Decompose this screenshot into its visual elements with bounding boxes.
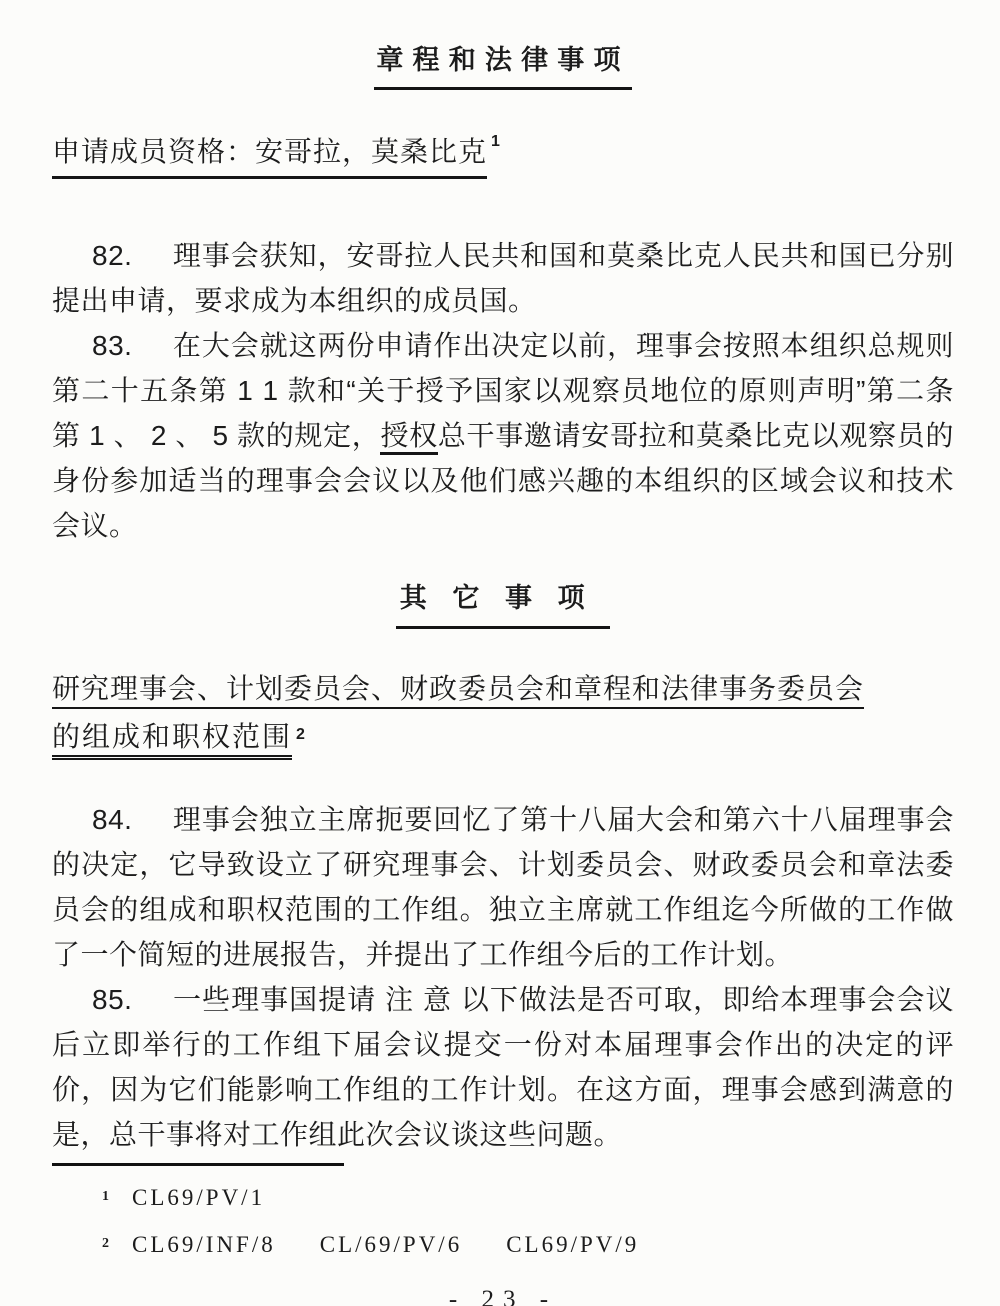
footnote-2-reference-1: CL69/INF/8 [132,1232,276,1257]
subheading-line-1-row: 研究理事会、计划委员会、财政委员会和章程和法律事务委员会 [52,665,954,713]
subheading-line-2: 的组成和职权范围 [52,721,292,760]
paragraph-84-number: 84. [92,804,132,835]
page-number: - 23 - [52,1286,954,1306]
other-matters-title-block: 其它事项 [52,548,954,629]
footnote-ref-2: 2 [296,726,305,743]
paragraph-85: 85.一些理事国提请 注 意 以下做法是否可取，即给本理事会会议后立即举行的工作… [52,977,954,1157]
membership-section-heading: 申请成员资格：安哥拉，莫桑比克1 [52,134,954,179]
paragraph-83-number: 83. [92,330,132,361]
other-matters-title: 其它事项 [396,582,611,629]
paragraph-82-number: 82. [92,240,132,271]
footnote-ref-1: 1 [491,133,500,150]
footnote-separator-rule [52,1163,344,1166]
title-block: 章程和法律事项 [52,0,954,90]
paragraph-85-number: 85. [92,984,132,1015]
paragraph-82-text: 理事会获知，安哥拉人民共和国和莫桑比克人民共和国已分别提出申请，要求成为本组织的… [52,240,954,316]
footnote-1-marker: 1 [102,1182,132,1212]
document-page: 章程和法律事项 申请成员资格：安哥拉，莫桑比克1 82.理事会获知，安哥拉人民共… [0,0,1000,1306]
paragraph-83: 83.在大会就这两份申请作出决定以前，理事会按照本组织总规则第二十五条第 1 1… [52,323,954,548]
footnote-2: 2CL69/INF/8CL/69/PV/6CL69/PV/9 [52,1230,954,1260]
footnote-2-reference-3: CL69/PV/9 [506,1232,639,1257]
membership-heading-text: 申请成员资格：安哥拉，莫桑比克 [52,134,487,179]
footnote-1-reference: CL69/PV/1 [132,1185,265,1210]
subheading-line-2-row: 的组成和职权范围2 [52,713,954,761]
paragraph-84-text: 理事会独立主席扼要回忆了第十八届大会和第六十八届理事会的决定，它导致设立了研究理… [52,804,954,970]
paragraph-83-emphasized-text: 授权 [380,420,437,455]
paragraph-84: 84.理事会独立主席扼要回忆了第十八届大会和第六十八届理事会的决定，它导致设立了… [52,797,954,977]
subheading-line-1: 研究理事会、计划委员会、财政委员会和章程和法律事务委员会 [52,673,864,709]
page-title: 章程和法律事项 [374,44,631,90]
footnote-2-marker: 2 [102,1229,132,1259]
footnote-1: 1CL69/PV/1 [52,1183,954,1213]
working-party-subheading: 研究理事会、计划委员会、财政委员会和章程和法律事务委员会 的组成和职权范围2 [52,665,954,761]
footnote-2-reference-2: CL/69/PV/6 [320,1232,462,1257]
paragraph-82: 82.理事会获知，安哥拉人民共和国和莫桑比克人民共和国已分别提出申请，要求成为本… [52,233,954,323]
paragraph-85-text: 一些理事国提请 注 意 以下做法是否可取，即给本理事会会议后立即举行的工作组下届… [52,984,954,1150]
